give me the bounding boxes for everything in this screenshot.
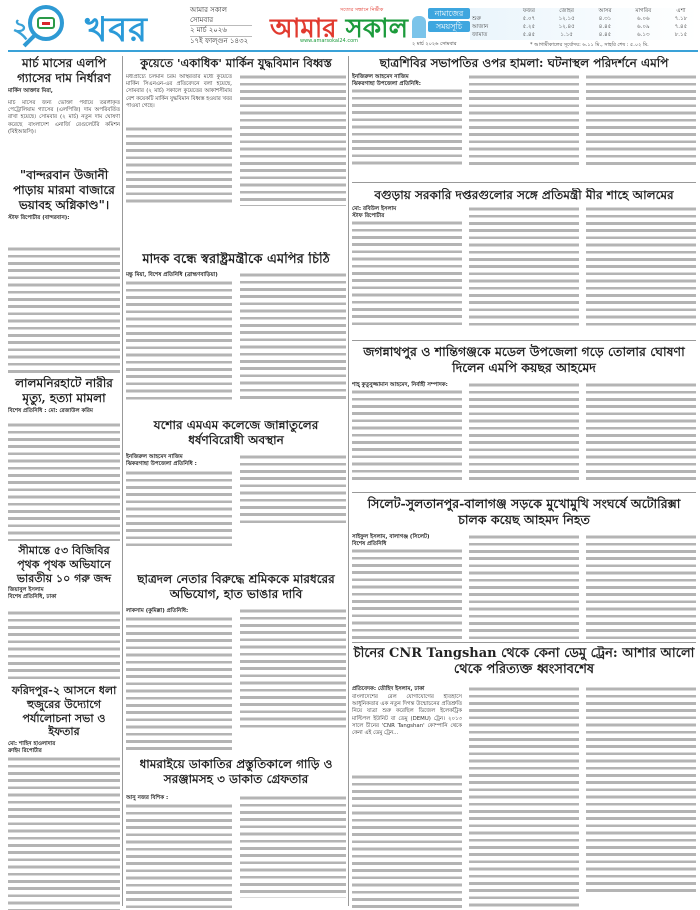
- article-body-col1: [126, 280, 232, 402]
- byline: বিশেষ প্রতিনিধি : মো: রেজাউল করিম: [8, 408, 120, 415]
- byline: ইনজিরুল আহমেদ নাজিম ঝিকরগাছা উপজেলা প্রত…: [352, 74, 462, 88]
- article-body-col1: [126, 803, 232, 910]
- cell: ৭.৪৫: [664, 24, 698, 32]
- namaz-note: * আগামীকালের সূর্যোদয়: ৬.১১ মি., সাহরি …: [530, 42, 649, 50]
- cell: ৬.১৩: [623, 32, 664, 40]
- column-divider: [348, 56, 349, 906]
- article-body-col2: [469, 534, 579, 640]
- cell: আজান: [470, 24, 512, 32]
- article-body-col1: [352, 548, 462, 640]
- masthead-divider: [8, 50, 698, 52]
- headline[interactable]: সীমান্তে ৫৩ বিজিবির পৃথক পৃথক অভিযানে ভা…: [8, 544, 120, 585]
- article-body-col1: [352, 389, 462, 484]
- cell: ১২.৪৫: [546, 24, 587, 32]
- byline: লাকসাম (কুমিল্লা) প্রতিনিধি:: [126, 608, 232, 615]
- byline: সাইফুল ইসলাম, বালাগঞ্জ (সিলেট) বিশেষ প্র…: [352, 534, 462, 548]
- bangla-date: ১৭ই ফাল্গুন ১৪৩২: [190, 37, 252, 47]
- article-body-col2: [469, 382, 579, 484]
- cell: ৮.১৫: [664, 32, 698, 40]
- article-body-col3: [586, 206, 696, 328]
- article-body: [8, 246, 120, 373]
- article-body-col3: [586, 686, 696, 896]
- headline[interactable]: "বান্দরবান উজানী পাড়ায় মারমা বাজারে ভয…: [8, 168, 120, 213]
- section-divider: [352, 182, 696, 183]
- cell: ৬.০৯: [623, 24, 664, 32]
- article-body-col1: [352, 88, 462, 168]
- cell: ৬.০৬: [623, 16, 664, 24]
- body-text: মধ্যপ্রাচ্যে চলমান চরম অস্থিরতার মধ্যে ক…: [126, 74, 232, 109]
- article-lpg[interactable]: মার্চ মাসের এলপি গ্যাসের দাম নির্ধারণ মা…: [8, 56, 120, 164]
- article-bgb[interactable]: সীমান্তে ৫৩ বিজিবির পৃথক পৃথক অভিযানে ভা…: [8, 544, 120, 680]
- headline[interactable]: চীনের CNR Tangshan থেকে কেনা ডেমু ট্রেন:…: [352, 646, 696, 679]
- cell: শুরু: [470, 16, 512, 24]
- headline[interactable]: ছাত্রদল নেতার বিরুদ্ধে শ্রমিককে মারধরের …: [126, 572, 346, 602]
- article-body-col3: [586, 74, 696, 168]
- section-divider: [352, 642, 696, 643]
- byline: শাহ্‌ কুতুবুজ্জামান আহমেদ, নির্বাহী সম্প…: [352, 382, 462, 389]
- article-body: [8, 756, 120, 910]
- column-divider: [122, 56, 123, 906]
- cell: ১২.১৫: [546, 16, 587, 24]
- article-body-col2: [469, 686, 579, 910]
- article-body-col3: [586, 534, 696, 640]
- th-maghrib: মাগরিব: [623, 8, 664, 16]
- headline[interactable]: কুয়েতে 'একাধিক' মার্কিন যুদ্ধবিমান বিধ্…: [126, 56, 346, 70]
- namaz-logo: নামাজের সময়সূচি: [412, 8, 470, 38]
- article-jessore[interactable]: যশোর এমএম কলেজে জান্নাতুলের ধর্ষণবিরোধী …: [126, 418, 346, 546]
- date-block: আমার সকাল সোমবার ২ মার্চ ২০২৬ ১৭ই ফাল্গু…: [190, 6, 252, 46]
- th-asr: আসর: [587, 8, 622, 16]
- article-madok[interactable]: মাদক বন্ধে স্বরাষ্ট্রমন্ত্রীকে এমপির চিঠ…: [126, 252, 346, 402]
- headline[interactable]: জগন্নাথপুর ও শান্তিগঞ্জকে মডেল উপজেলা গড…: [352, 344, 696, 375]
- cell: ৭.১৮: [664, 16, 698, 24]
- article-jagannathpur[interactable]: জগন্নাথপুর ও শান্তিগঞ্জকে মডেল উপজেলা গড…: [352, 344, 696, 484]
- cell: ৪.৩১: [587, 16, 622, 24]
- article-body-col2: [469, 74, 579, 168]
- article-body-col2: [240, 795, 346, 898]
- headline[interactable]: লালমনিরহাটে নারীর মৃত্যু, হত্যা মামলা: [8, 376, 120, 406]
- byline: মো: শাহিন হাওলাদার ক্রাইম রিপোর্টার: [8, 741, 120, 755]
- article-faridpur[interactable]: ফরিদপুর-২ আসনে ধলা হুজুরের উদ্যোগে পর্যা…: [8, 684, 120, 910]
- paper-name-small: আমার সকাল: [190, 6, 252, 16]
- article-bogura[interactable]: বগুড়ায় সরকারি দপ্তরগুলোর সঙ্গে প্রতিমন…: [352, 188, 696, 328]
- byline: স্টাফ রিপোর্টার (বান্দরবান):: [8, 215, 120, 222]
- byline: ইনজিরুল আহমেদ নাজিম ঝিকরগাছা উপজেলা প্রত…: [126, 454, 232, 468]
- namaz-title: নামাজের: [428, 8, 470, 19]
- article-body-col2: [469, 206, 579, 328]
- mosque-icon: [412, 16, 426, 38]
- gregorian-date: ২ মার্চ ২০২৬: [190, 26, 252, 37]
- namaz-timetable: ফজর জোহর আসর মাগরিব এশা শুরু ৫.০৭ ১২.১৫ …: [470, 8, 698, 40]
- cell: ৫.৪৫: [512, 32, 546, 40]
- body-text: বাংলাদেশের রেল যোগাযোগের ইতিহাসে আধুনিকত…: [352, 694, 462, 736]
- byline: মন্তু মিয়া, বিশেষ প্রতিনিধি (ব্রাহ্মণবা…: [126, 272, 232, 279]
- cell: জামাত: [470, 32, 512, 40]
- headline[interactable]: মার্চ মাসের এলপি গ্যাসের দাম নির্ধারণ: [8, 56, 120, 86]
- brand-tagline: সত্যের সন্ধানে নির্ভীক: [340, 7, 383, 15]
- body-text: মার্চ মাসের জন্য ভোক্তা পর্যায়ে তরলীকৃত…: [8, 100, 120, 135]
- masthead: ২ খবর আমার সকাল সোমবার ২ মার্চ ২০২৬ ১৭ই …: [0, 0, 700, 50]
- byline: জিয়াবুল ইসলাম বিশেষ প্রতিনিধি, ঢাকা: [8, 587, 120, 601]
- article-body: [8, 610, 120, 680]
- article-body-col2: [240, 454, 346, 524]
- weekday: সোমবার: [190, 16, 252, 27]
- th-fajr: ফজর: [512, 8, 546, 16]
- namaz-date: ২ মার্চ ২০২৬ সোমবার: [412, 41, 457, 49]
- article-body-col1: [352, 220, 462, 328]
- cell: ১.১৫: [546, 32, 587, 40]
- headline[interactable]: ছাত্রশিবির সভাপতির ওপর হামলা: ঘটনাস্থল প…: [352, 56, 696, 71]
- byline: আনু নজর বিশিক :: [126, 795, 232, 802]
- namaz-subtitle: সময়সূচি: [428, 21, 470, 32]
- headline[interactable]: ধামরাইয়ে ডাকাতির প্রস্তুতিকালে গাড়ি ও …: [126, 757, 346, 787]
- headline[interactable]: মাদক বন্ধে স্বরাষ্ট্রমন্ত্রীকে এমপির চিঠ…: [126, 252, 346, 268]
- article-body-col2: [240, 74, 346, 206]
- article-body-col1: [126, 470, 232, 546]
- headline[interactable]: বগুড়ায় সরকারি দপ্তরগুলোর সঙ্গে প্রতিমন…: [352, 188, 696, 203]
- byline: মার্কিন আক্তার মিরা,: [8, 88, 120, 95]
- section-divider: [352, 492, 696, 493]
- byline: মো: রবিউল ইসলাম স্টাফ রিপোর্টার: [352, 206, 462, 220]
- namaz-row: জামাত ৫.৪৫ ১.১৫ ৪.৪৫ ৬.১৩ ৮.১৫: [470, 32, 698, 40]
- magnifier-logo-icon: [28, 5, 64, 41]
- article-kuwait[interactable]: কুয়েতে 'একাধিক' মার্কিন যুদ্ধবিমান বিধ্…: [126, 56, 346, 206]
- namaz-row: শুরু ৫.০৭ ১২.১৫ ৪.৩১ ৬.০৬ ৭.১৮: [470, 16, 698, 24]
- cell: ৪.৪৫: [587, 24, 622, 32]
- article-body: [8, 422, 120, 541]
- section-divider: [352, 340, 696, 341]
- article-body-col1: [126, 616, 232, 750]
- headline[interactable]: ফরিদপুর-২ আসনে ধলা হুজুরের উদ্যোগে পর্যা…: [8, 684, 120, 739]
- article-body-col1: মধ্যপ্রাচ্যে চলমান চরম অস্থিরতার মধ্যে ক…: [126, 74, 232, 206]
- th-isha: এশা: [664, 8, 698, 16]
- article-shibir[interactable]: ছাত্রশিবির সভাপতির ওপর হামলা: ঘটনাস্থল প…: [352, 56, 696, 168]
- byline: প্রতিবেদক: তৌহিদ ইসলাম, ঢাকা: [352, 686, 462, 693]
- th: [470, 8, 512, 16]
- article-dhamrai[interactable]: ধামরাইয়ে ডাকাতির প্রস্তুতিকালে গাড়ি ও …: [126, 757, 346, 910]
- cell: ৫.২৫: [512, 24, 546, 32]
- cell: ৪.৪৫: [587, 32, 622, 40]
- article-body-col1: বাংলাদেশের রেল যোগাযোগের ইতিহাসে আধুনিকত…: [352, 694, 462, 910]
- brand-logo: আমার সকাল: [270, 8, 408, 52]
- article-chhatradal[interactable]: ছাত্রদল নেতার বিরুদ্ধে শ্রমিককে মারধরের …: [126, 572, 346, 750]
- headline[interactable]: যশোর এমএম কলেজে জান্নাতুলের ধর্ষণবিরোধী …: [126, 418, 346, 448]
- article-body-col2: [240, 608, 346, 730]
- namaz-row: আজান ৫.২৫ ১২.৪৫ ৪.৪৫ ৬.০৯ ৭.৪৫: [470, 24, 698, 32]
- article-body-col2: [240, 272, 346, 402]
- brand-url: www.amarsokal24.com: [300, 38, 358, 44]
- article-bandarban[interactable]: "বান্দরবান উজানী পাড়ায় মারমা বাজারে ভয…: [8, 168, 120, 373]
- article-body: মার্চ মাসের জন্য ভোক্তা পর্যায়ে তরলীকৃত…: [8, 100, 120, 164]
- headline[interactable]: সিলেট-সুলতানপুর-বালাগঞ্জ সড়কে মুখোমুখি …: [352, 496, 696, 527]
- article-lalmonirhat[interactable]: লালমনিরহাটে নারীর মৃত্যু, হত্যা মামলা বি…: [8, 376, 120, 541]
- article-sylhet[interactable]: সিলেট-সুলতানপুর-বালাগঞ্জ সড়কে মুখোমুখি …: [352, 496, 696, 640]
- article-body-col3: [586, 382, 696, 484]
- cell: ৫.০৭: [512, 16, 546, 24]
- th-zuhr: জোহর: [546, 8, 587, 16]
- article-cnr-tangshan[interactable]: চীনের CNR Tangshan থেকে কেনা ডেমু ট্রেন:…: [352, 646, 696, 910]
- section-title: খবর: [85, 4, 148, 61]
